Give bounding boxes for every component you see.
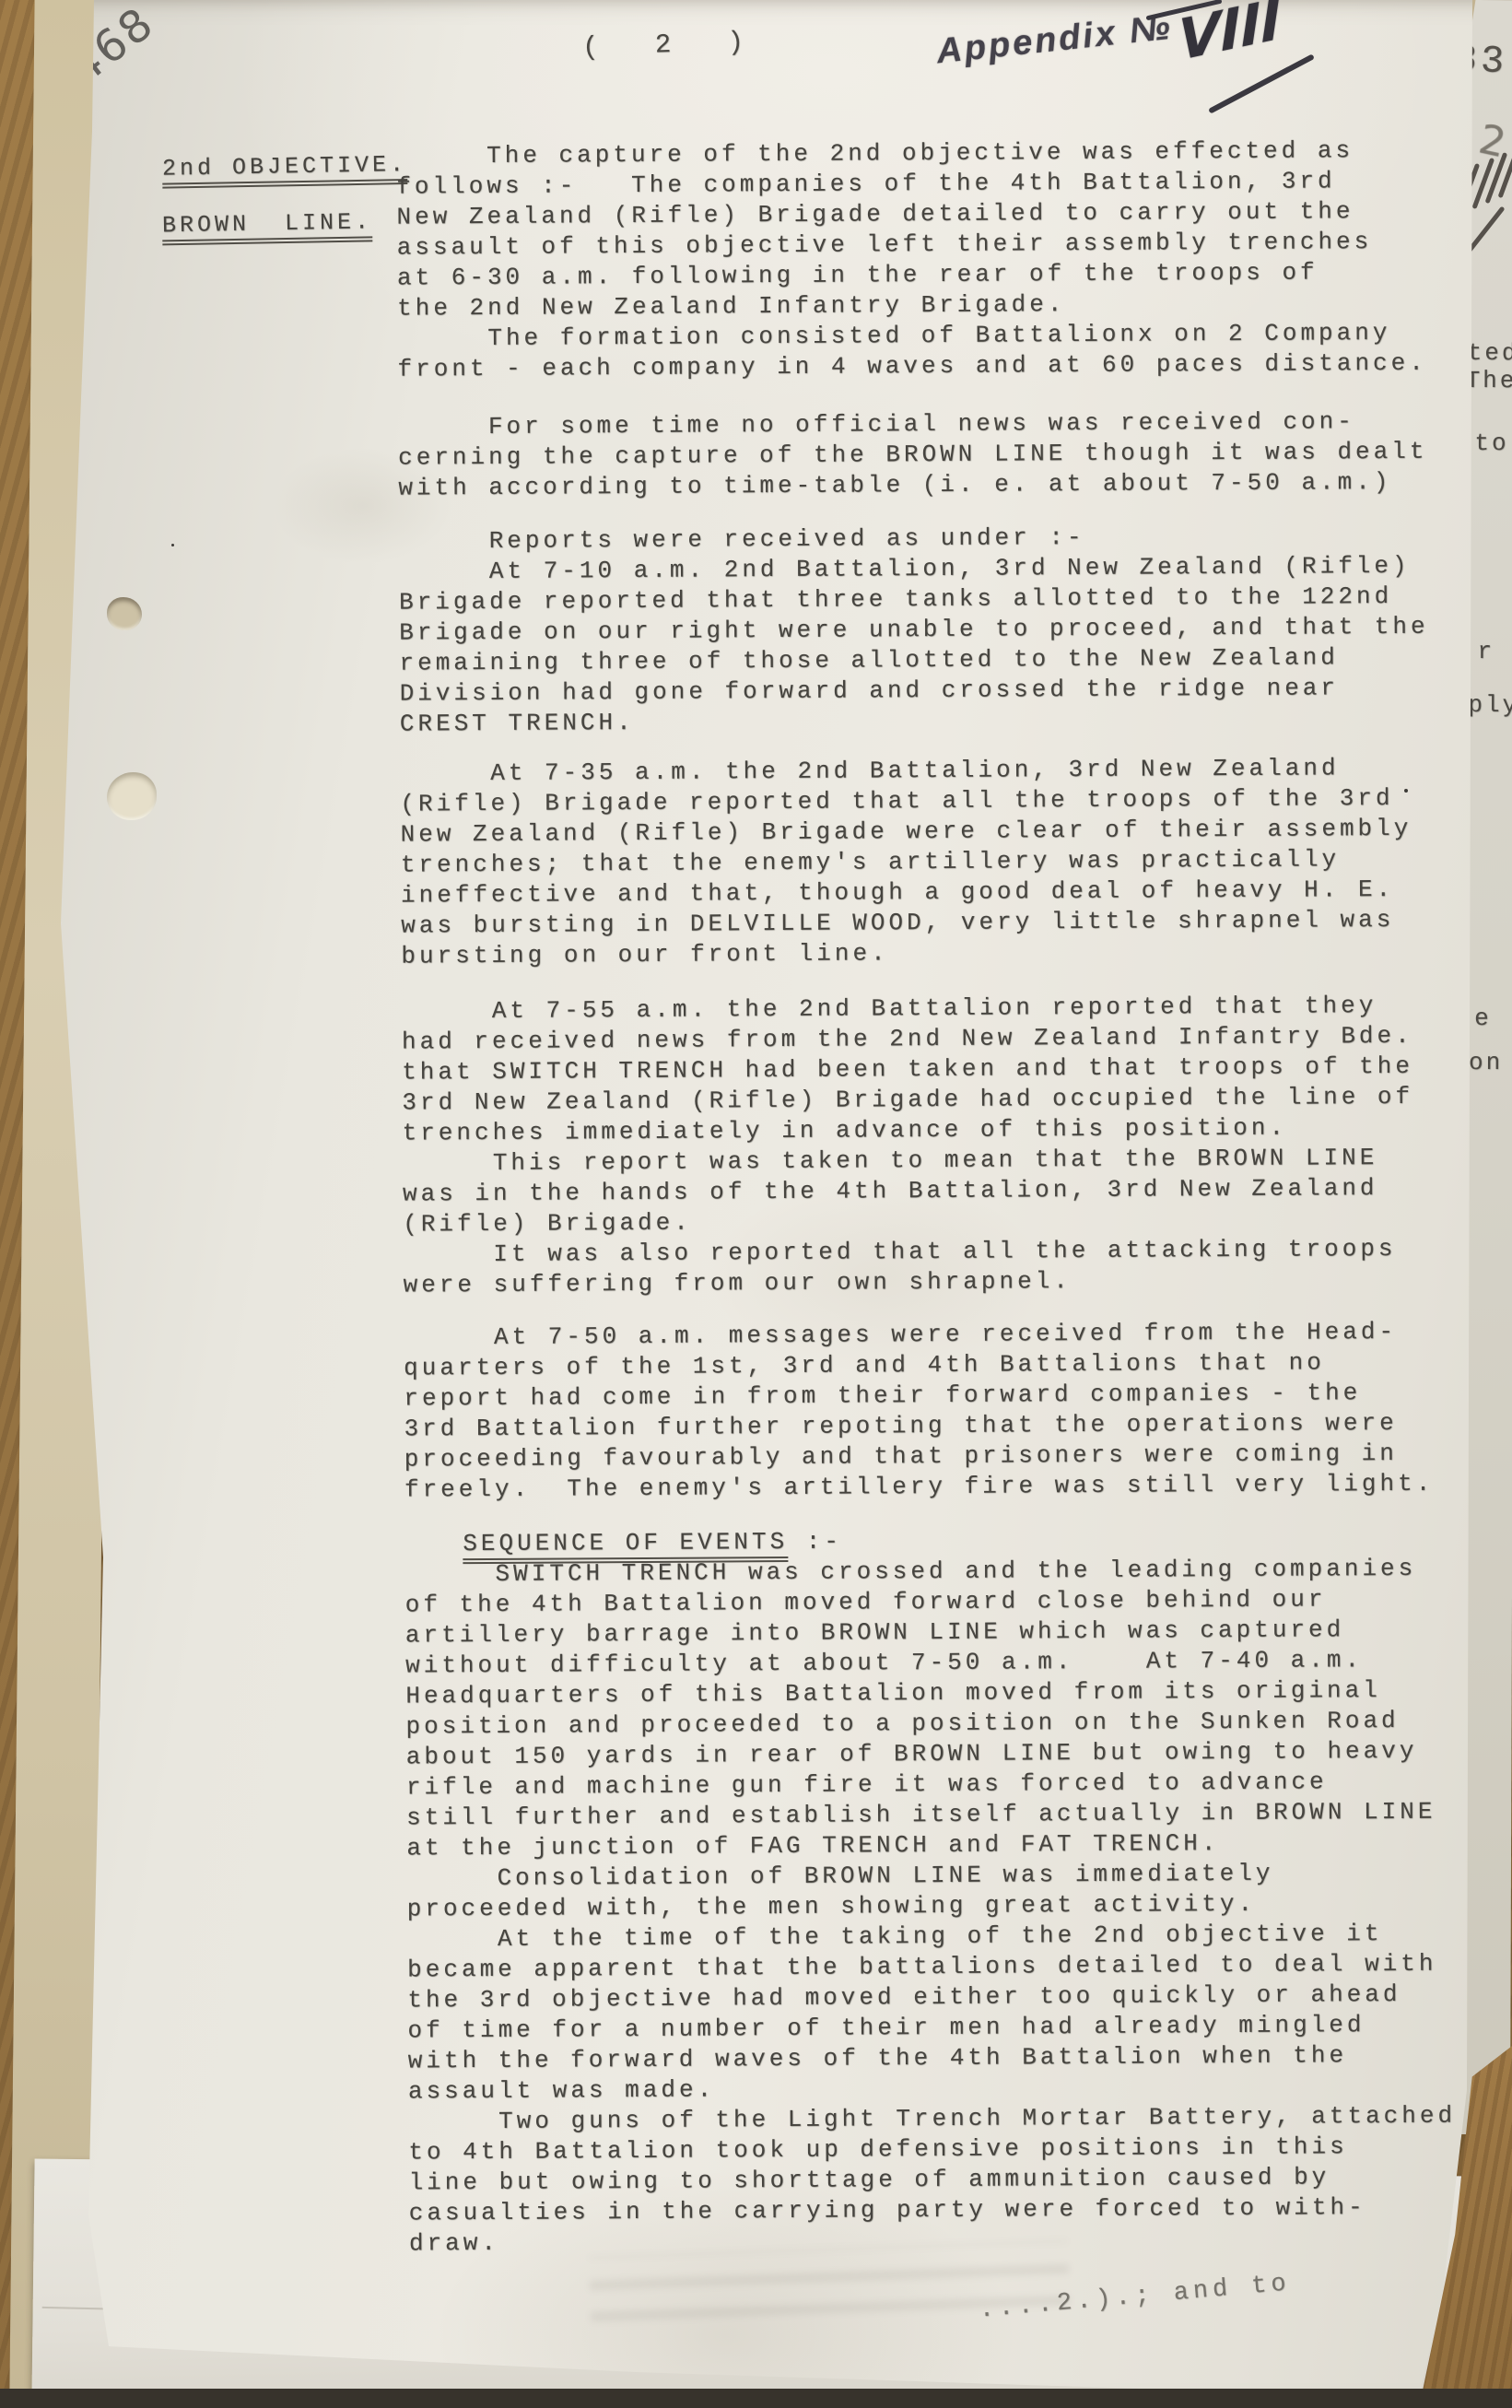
margin-heading-brown-line: BROWN LINE. [91, 182, 373, 266]
paragraph-report-7-50am: At 7-50 a.m. messages were received from… [404, 1316, 1478, 1505]
text-fragment: r [1478, 638, 1495, 665]
punch-hole [107, 597, 142, 630]
ink-speck [171, 544, 174, 546]
paragraph-report-7-10am: Reports were received as under :- At 7-1… [399, 520, 1473, 739]
punch-hole [107, 772, 157, 820]
text-fragment: to [1474, 429, 1508, 457]
text-fragment: on [1469, 1049, 1503, 1076]
paragraph-report-7-55am: At 7-55 a.m. the 2nd Battalion reported … [402, 990, 1477, 1300]
paragraph-no-official-news: For some time no official news was recei… [398, 405, 1472, 503]
document-page: 468 ( 2 ) Appendix № VIII 2nd OBJECTIVE.… [0, 0, 1512, 2408]
paragraph-sequence-of-events: SWITCH TRENCH was crossed and the leadin… [404, 1553, 1483, 2259]
text-fragment: The [1466, 367, 1512, 394]
page-number: ( 2 ) [581, 27, 764, 64]
scanned-document-photo: { "annotations": { "pencil_number": "468… [0, 0, 1512, 2408]
ink-speck [1404, 789, 1408, 793]
paragraph-report-7-35am: At 7-35 a.m. the 2nd Battalion, 3rd New … [400, 752, 1474, 971]
appendix-stamp: Appendix № [934, 8, 1174, 73]
text-fragment: ply [1468, 691, 1512, 719]
paragraph-capture-2nd-objective: The capture of the 2nd objective was eff… [396, 135, 1471, 384]
text-fragment: ted [1468, 339, 1512, 367]
typed-body-text: The capture of the 2nd objective was eff… [396, 135, 1483, 2259]
table-edge-shadow [0, 2389, 1512, 2408]
text-fragment: e [1474, 1004, 1492, 1032]
handwritten-appendix-numeral: VIII [1178, 0, 1282, 74]
